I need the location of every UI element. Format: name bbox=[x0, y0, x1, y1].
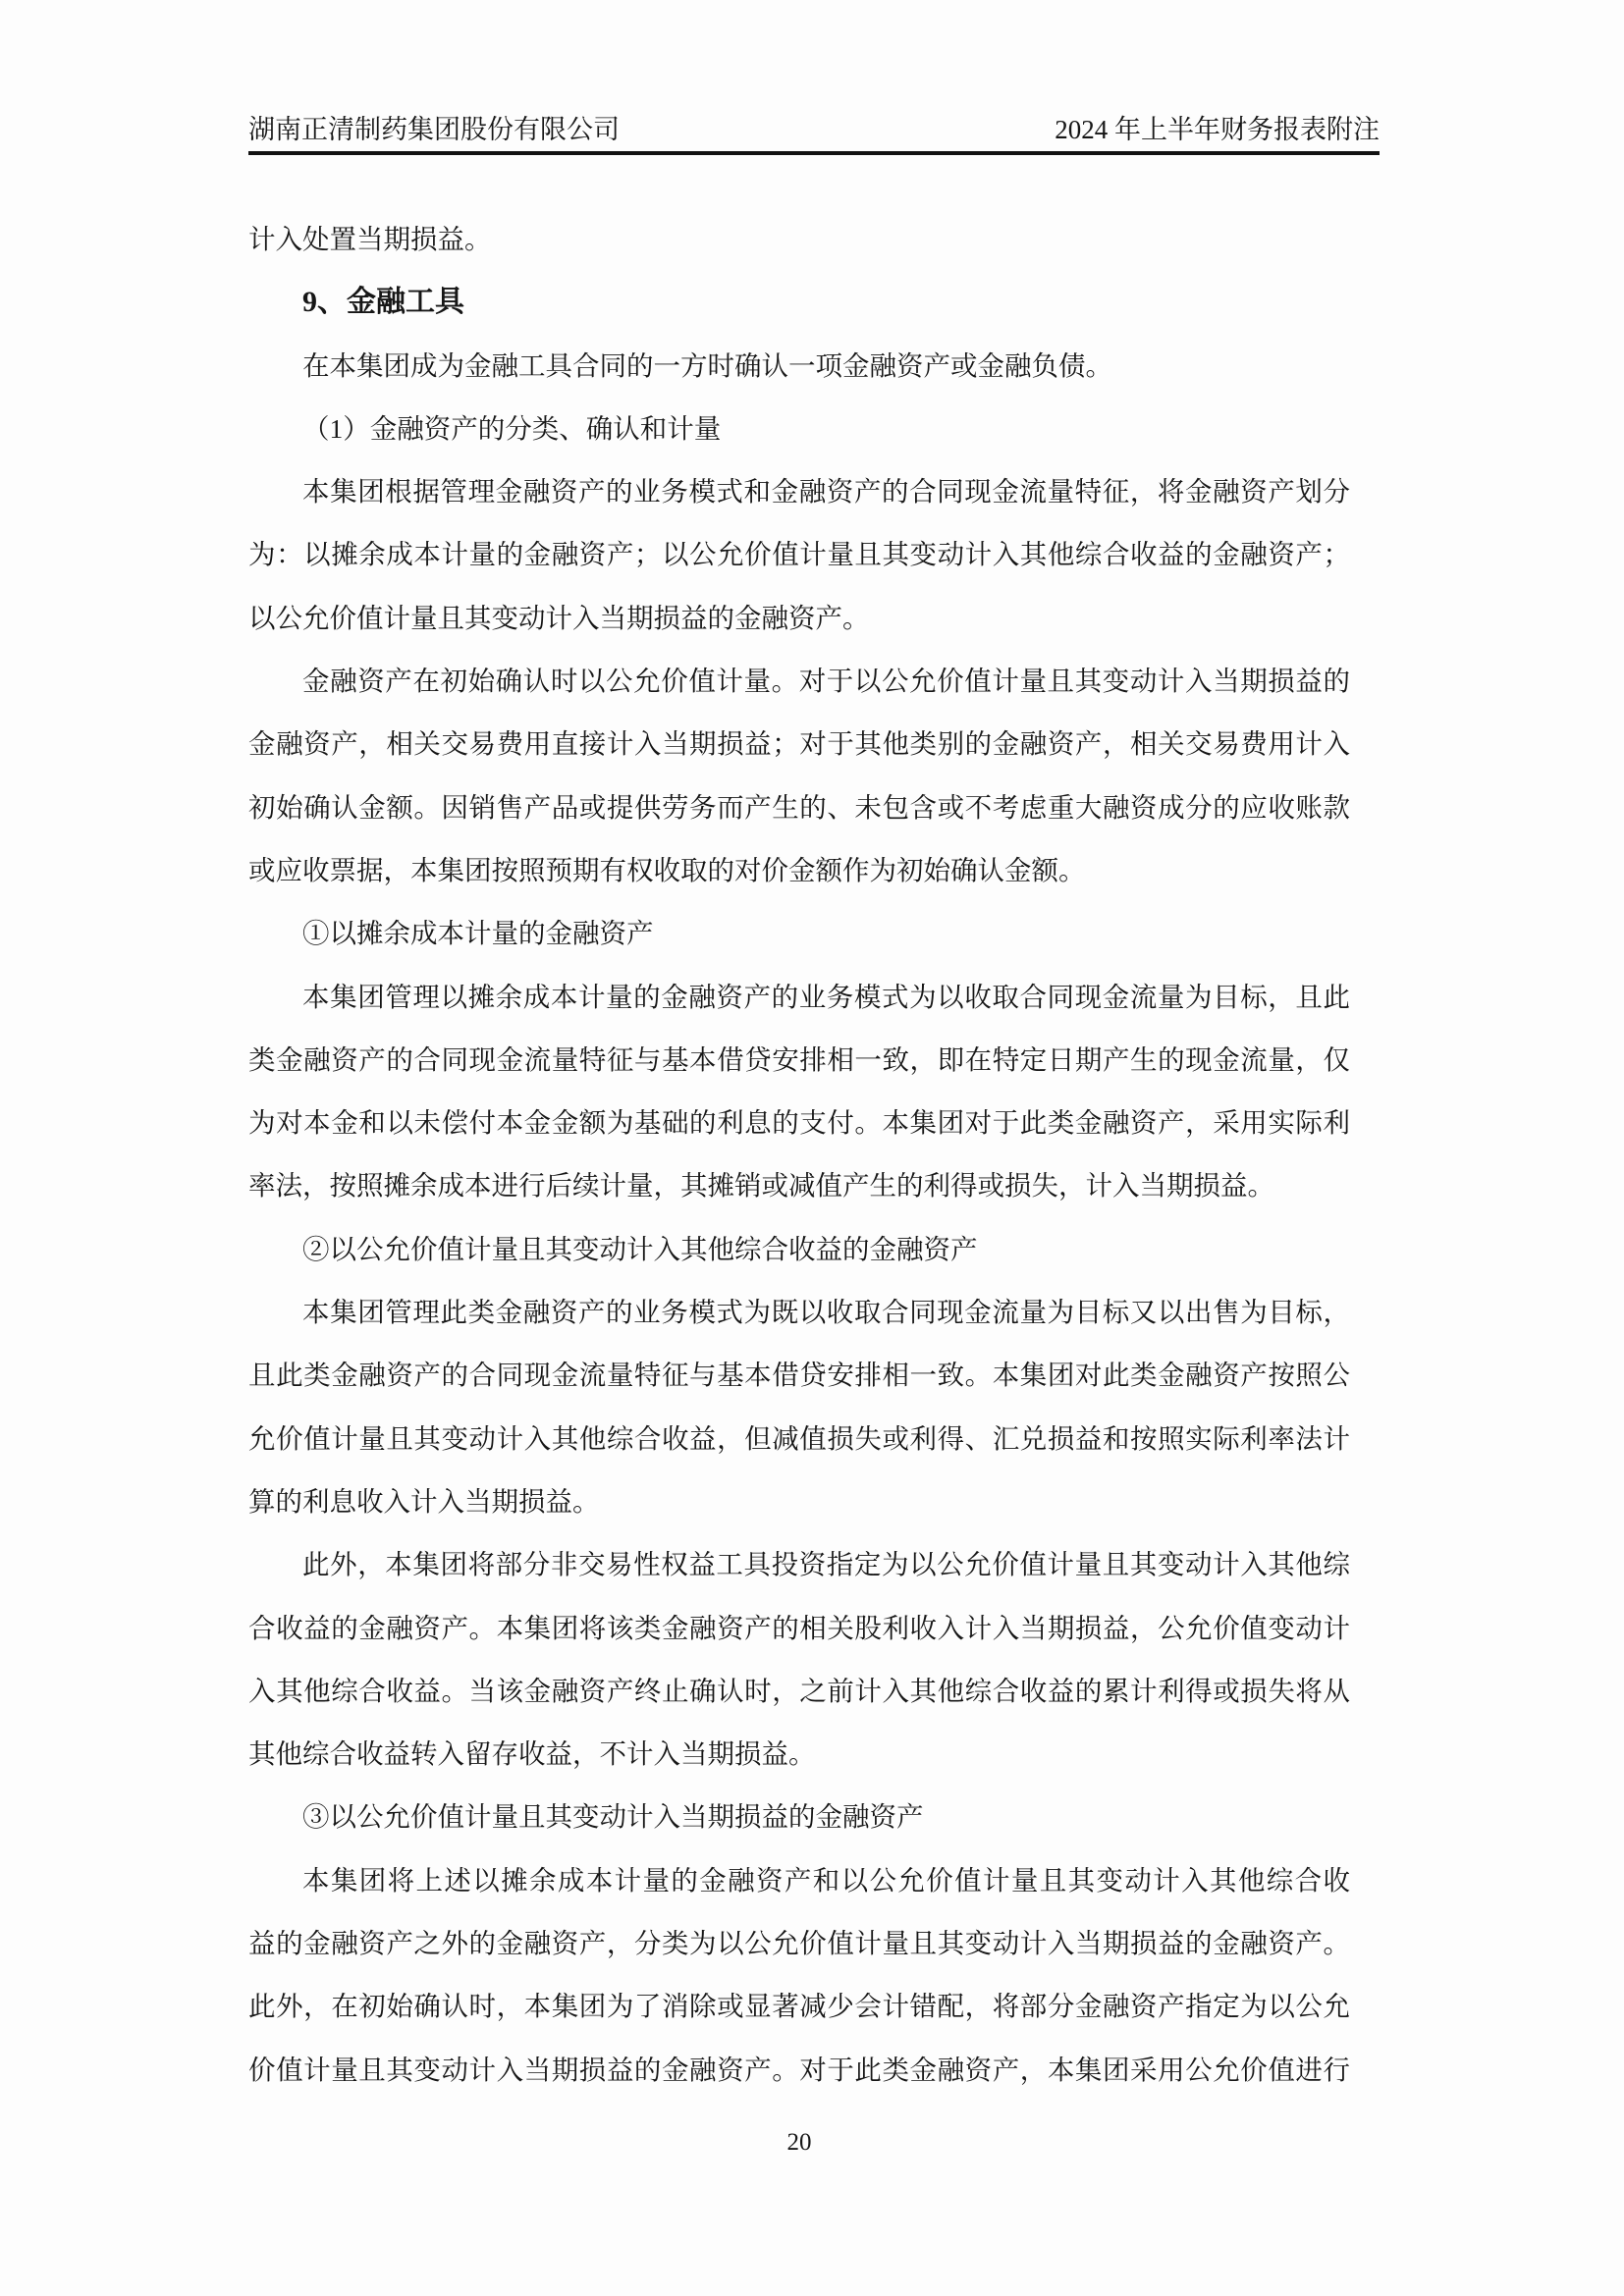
header-company-name: 湖南正清制药集团股份有限公司 bbox=[248, 114, 620, 145]
text-line: 益的金融资产之外的金融资产，分类为以公允价值计量且其变动计入当期损益的金融资产。 bbox=[248, 1912, 1350, 1975]
body-lines: 计入处置当期损益。9、金融工具在本集团成为金融工具合同的一方时确认一项金融资产或… bbox=[248, 208, 1350, 2102]
text-line: （1）金融资产的分类、确认和计量 bbox=[248, 398, 1350, 460]
text-line: 入其他综合收益。当该金融资产终止确认时，之前计入其他综合收益的累计利得或损失将从 bbox=[248, 1660, 1350, 1723]
text-line: 合收益的金融资产。本集团将该类金融资产的相关股利收入计入当期损益，公允价值变动计 bbox=[248, 1597, 1350, 1660]
text-line: 其他综合收益转入留存收益，不计入当期损益。 bbox=[248, 1723, 1350, 1786]
text-line: 金融资产在初始确认时以公允价值计量。对于以公允价值计量且其变动计入当期损益的 bbox=[248, 650, 1350, 713]
text-line: 价值计量且其变动计入当期损益的金融资产。对于此类金融资产，本集团采用公允价值进行 bbox=[248, 2039, 1350, 2102]
header-report-title: 2024 年上半年财务报表附注 bbox=[1055, 114, 1380, 145]
text-line: 算的利息收入计入当期损益。 bbox=[248, 1470, 1350, 1533]
text-line: 本集团管理此类金融资产的业务模式为既以收取合同现金流量为目标又以出售为目标， bbox=[248, 1281, 1350, 1344]
text-line: ①以摊余成本计量的金融资产 bbox=[248, 902, 1350, 965]
text-line: 允价值计量且其变动计入其他综合收益，但减值损失或利得、汇兑损益和按照实际利率法计 bbox=[248, 1408, 1350, 1470]
text-line: ③以公允价值计量且其变动计入当期损益的金融资产 bbox=[248, 1786, 1350, 1848]
text-line: 本集团管理以摊余成本计量的金融资产的业务模式为以收取合同现金流量为目标，且此 bbox=[248, 966, 1350, 1029]
text-line: 金融资产，相关交易费用直接计入当期损益；对于其他类别的金融资产，相关交易费用计入 bbox=[248, 713, 1350, 775]
text-line: 为：以摊余成本计量的金融资产；以公允价值计量且其变动计入其他综合收益的金融资产； bbox=[248, 523, 1350, 586]
text-line: 本集团根据管理金融资产的业务模式和金融资产的合同现金流量特征，将金融资产划分 bbox=[248, 460, 1350, 523]
page-header: 湖南正清制药集团股份有限公司 2024 年上半年财务报表附注 bbox=[248, 114, 1380, 155]
text-line: 计入处置当期损益。 bbox=[248, 208, 1350, 271]
page-footer: 20 bbox=[248, 2128, 1350, 2158]
text-line: 或应收票据，本集团按照预期有权收取的对价金额作为初始确认金额。 bbox=[248, 839, 1350, 902]
document-page: 湖南正清制药集团股份有限公司 2024 年上半年财务报表附注 计入处置当期损益。… bbox=[0, 0, 1624, 2296]
page-number: 20 bbox=[787, 2129, 812, 2156]
text-line: 此外，在初始确认时，本集团为了消除或显著减少会计错配，将部分金融资产指定为以公允 bbox=[248, 1975, 1350, 2038]
text-line: 在本集团成为金融工具合同的一方时确认一项金融资产或金融负债。 bbox=[248, 335, 1350, 398]
text-line: 为对本金和以未偿付本金金额为基础的利息的支付。本集团对于此类金融资产，采用实际利 bbox=[248, 1092, 1350, 1154]
section-heading: 9、金融工具 bbox=[248, 271, 1350, 334]
text-line: 初始确认金额。因销售产品或提供劳务而产生的、未包含或不考虑重大融资成分的应收账款 bbox=[248, 776, 1350, 839]
text-line: 以公允价值计量且其变动计入当期损益的金融资产。 bbox=[248, 587, 1350, 650]
text-line: 类金融资产的合同现金流量特征与基本借贷安排相一致，即在特定日期产生的现金流量，仅 bbox=[248, 1029, 1350, 1092]
text-line: 此外，本集团将部分非交易性权益工具投资指定为以公允价值计量且其变动计入其他综 bbox=[248, 1533, 1350, 1596]
text-line: 率法，按照摊余成本进行后续计量，其摊销或减值产生的利得或损失，计入当期损益。 bbox=[248, 1154, 1350, 1217]
text-line: ②以公允价值计量且其变动计入其他综合收益的金融资产 bbox=[248, 1218, 1350, 1281]
text-line: 且此类金融资产的合同现金流量特征与基本借贷安排相一致。本集团对此类金融资产按照公 bbox=[248, 1344, 1350, 1407]
text-line: 本集团将上述以摊余成本计量的金融资产和以公允价值计量且其变动计入其他综合收 bbox=[248, 1849, 1350, 1912]
